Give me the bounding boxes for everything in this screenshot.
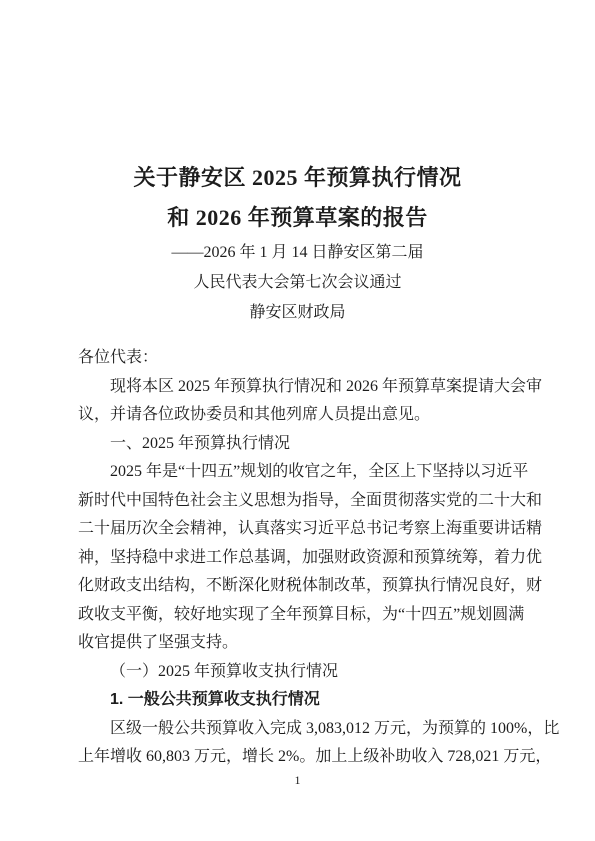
review-paragraph-line: 2025 年是“十四五”规划的收官之年，全区上下坚持以习近平 <box>78 458 517 487</box>
section-heading: 一、2025 年预算执行情况 <box>78 430 517 459</box>
item-heading: 1. 一般公共预算收支执行情况 <box>78 686 517 715</box>
document-title-line-1: 关于静安区 2025 年预算执行情况 <box>0 158 595 198</box>
document-title-line-2: 和 2026 年预算草案的报告 <box>0 198 595 238</box>
document-page: 关于静安区 2025 年预算执行情况 和 2026 年预算草案的报告 ——202… <box>0 0 595 841</box>
document-body: 各位代表： 现将本区 2025 年预算执行情况和 2026 年预算草案提请大会审… <box>78 344 517 772</box>
intro-paragraph-line: 现将本区 2025 年预算执行情况和 2026 年预算草案提请大会审 <box>78 373 517 402</box>
title-block: 关于静安区 2025 年预算执行情况 和 2026 年预算草案的报告 ——202… <box>0 0 595 328</box>
review-paragraph-line: 新时代中国特色社会主义思想为指导，全面贯彻落实党的二十大和 <box>78 487 517 516</box>
document-subtitle-date: ——2026 年 1 月 14 日静安区第二届 <box>0 238 595 268</box>
document-subtitle-congress: 人民代表大会第七次会议通过 <box>0 268 595 298</box>
document-subtitle-bureau: 静安区财政局 <box>0 298 595 328</box>
budget-paragraph-line: 上年增收 60,803 万元，增长 2%。加上上级补助收入 728,021 万元… <box>78 743 517 772</box>
intro-paragraph-line: 议，并请各位政协委员和其他列席人员提出意见。 <box>78 401 517 430</box>
review-paragraph-line: 神，坚持稳中求进工作总基调，加强财政资源和预算统筹，着力优 <box>78 544 517 573</box>
page-number: 1 <box>0 773 595 788</box>
salutation: 各位代表： <box>78 344 517 373</box>
budget-paragraph-line: 区级一般公共预算收入完成 3,083,012 万元，为预算的 100%，比 <box>78 715 517 744</box>
review-paragraph-line: 政收支平衡，较好地实现了全年预算目标，为“十四五”规划圆满 <box>78 601 517 630</box>
subsection-heading: （一）2025 年预算收支执行情况 <box>78 658 517 687</box>
review-paragraph-line: 收官提供了坚强支持。 <box>78 629 517 658</box>
review-paragraph-line: 化财政支出结构，不断深化财税体制改革，预算执行情况良好，财 <box>78 572 517 601</box>
review-paragraph-line: 二十届历次全会精神，认真落实习近平总书记考察上海重要讲话精 <box>78 515 517 544</box>
